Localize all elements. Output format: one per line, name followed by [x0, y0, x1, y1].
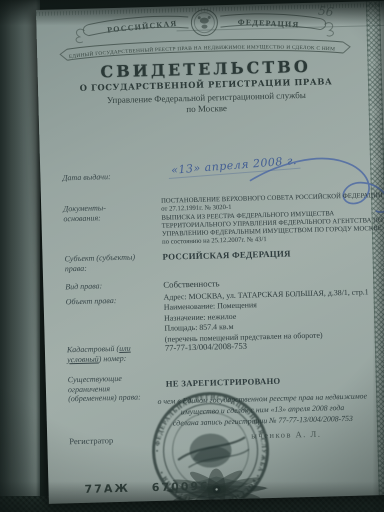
field-label-subject-line2: права: [65, 261, 161, 273]
cadastral-label-underlined: условный [67, 354, 99, 364]
field-label-issue-date: Дата выдачи: [62, 171, 158, 183]
field-label-basis: Документы- основания: [63, 202, 159, 224]
serial-number: 670096 [152, 480, 210, 495]
field-label-basis-line2: основания: [63, 211, 159, 223]
pencil-page-number: 56 [317, 4, 334, 20]
eagle-emblem-icon [198, 16, 211, 29]
field-value-object: Адрес: МОСКВА, ул. ТАТАРСКАЯ БОЛЬШАЯ, д.… [163, 287, 384, 345]
field-value-subject: РОССИЙСКАЯ ФЕДЕРАЦИЯ [162, 248, 290, 261]
field-value-cadastral: 77-77-13/004/2008-753 [165, 341, 247, 353]
certificate-page: РОССИЙСКАЯ ФЕДЕРАЦИЯ ЕДИНЫЙ ГОСУДАРСТВЕН… [36, 1, 384, 504]
field-label-right-type: Вид права: [65, 280, 161, 292]
photo-of-certificate: РОССИЙСКАЯ ФЕДЕРАЦИЯ ЕДИНЫЙ ГОСУДАРСТВЕН… [0, 0, 384, 512]
cadastral-label-underlined: или [119, 344, 131, 353]
cadastral-label-part: ) номер: [99, 353, 127, 363]
field-label-cadastral: Кадастровый (или условный) номер: [67, 343, 163, 365]
serial-series: 77АЖ [84, 482, 130, 496]
ribbon-text-left: РОССИЙСКАЯ [107, 19, 178, 35]
field-label-cadastral-line2: условный) номер: [67, 352, 163, 364]
adjacent-page-edge [0, 0, 40, 512]
field-value-right-type: Собственность [163, 278, 220, 289]
field-label-subject: Субъект (субъекты) права: [64, 252, 160, 274]
field-label-object: Объект права: [66, 295, 162, 307]
field-value-basis: ПОСТАНОВЛЕНИЕ ВЕРХОВНОГО СОВЕТА РОССИЙСК… [161, 192, 384, 248]
ribbon-text-right: ФЕДЕРАЦИЯ [238, 18, 300, 30]
